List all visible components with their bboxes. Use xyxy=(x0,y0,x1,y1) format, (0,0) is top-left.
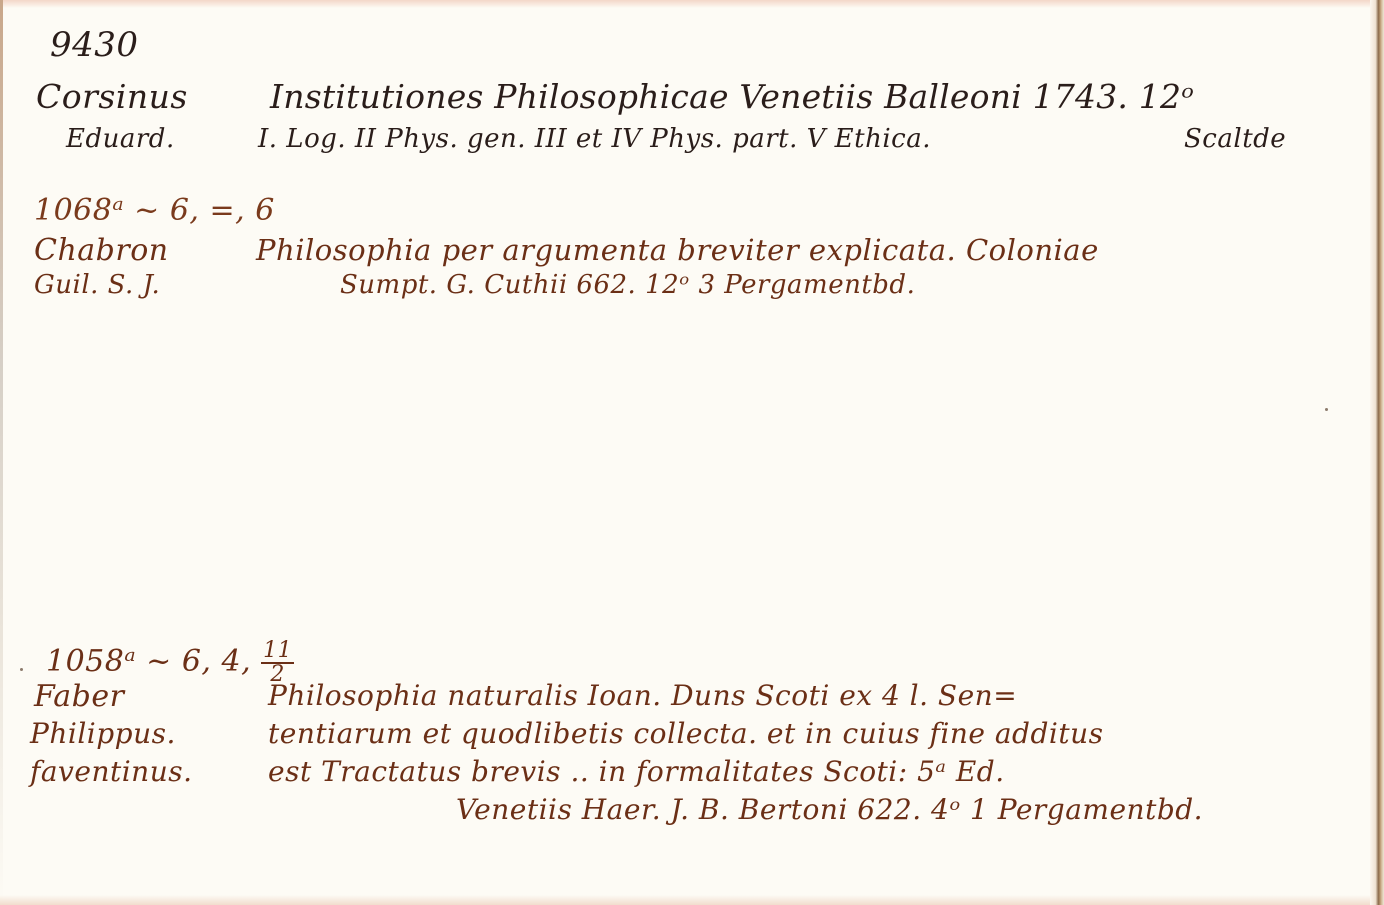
book-binding-edge xyxy=(1370,0,1384,905)
entry-3-author-forename: Philippus. xyxy=(30,720,176,748)
entry-3-author-origin: faventinus. xyxy=(30,758,193,786)
entry-2-title-line-2: Sumpt. G. Cuthii 662. 12ᵒ 3 Pergamentbd. xyxy=(340,272,915,298)
paper-left-edge xyxy=(0,0,3,905)
entry-2-author-surname: Chabron xyxy=(34,236,169,266)
paper-bottom-edge xyxy=(0,895,1384,905)
fraction-numerator: 11 xyxy=(261,640,294,664)
entry-2-title-line-1: Philosophia per argumenta breviter expli… xyxy=(256,236,1099,265)
entry-3-title-line-2: tentiarum et quodlibetis collecta. et in… xyxy=(268,720,1103,748)
entry-1-title-line-2: I. Log. II Phys. gen. III et IV Phys. pa… xyxy=(258,126,931,152)
paper-speck xyxy=(20,668,23,671)
entry-1-call-number: 9430 xyxy=(50,28,139,62)
entry-1-shelf-note: Scaltde xyxy=(1184,126,1286,152)
entry-2-call-number: 1068ᵃ ~ 6, =, 6 xyxy=(34,196,275,226)
entry-3-author-surname: Faber xyxy=(34,682,124,712)
paper-speck xyxy=(1325,408,1328,411)
entry-3-call-number-main: 1058ᵃ ~ 6, 4, xyxy=(46,644,251,679)
entry-1-title-line-1: Institutiones Philosophicae Venetiis Bal… xyxy=(270,80,1194,113)
entry-3-title-line-1: Philosophia naturalis Ioan. Duns Scoti e… xyxy=(268,682,1017,710)
entry-1-author-forename: Eduard. xyxy=(66,126,175,152)
catalog-card: 9430 Corsinus Institutiones Philosophica… xyxy=(0,0,1384,905)
entry-3-title-line-4: Venetiis Haer. J. B. Bertoni 622. 4ᵒ 1 P… xyxy=(456,796,1203,824)
paper-top-edge xyxy=(0,0,1384,8)
entry-2-author-forename: Guil. S. J. xyxy=(34,272,160,298)
entry-1-author-surname: Corsinus xyxy=(36,80,188,113)
entry-3-title-line-3: est Tractatus brevis .. in formalitates … xyxy=(268,758,1005,786)
